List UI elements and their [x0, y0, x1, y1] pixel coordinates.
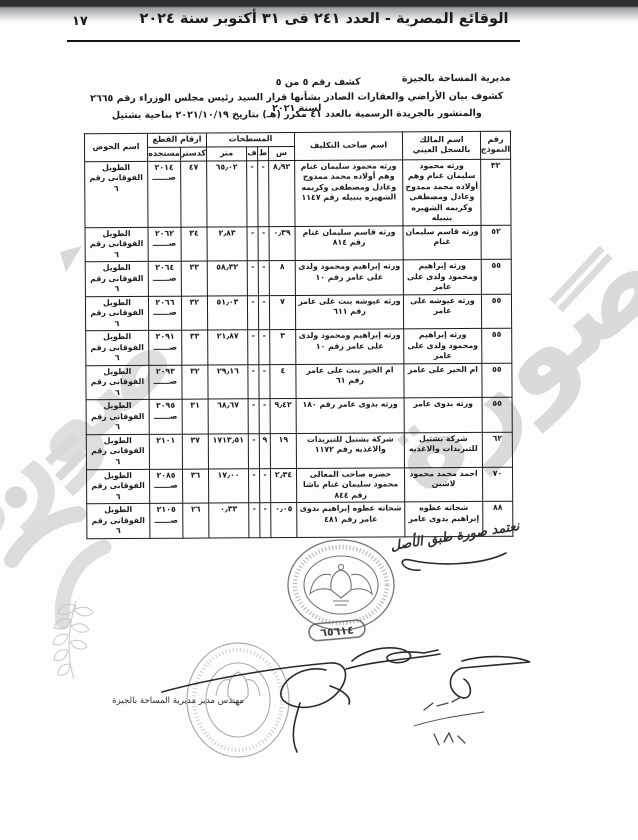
table-row: ٧٠احمد محمد محمود لاشينحضره صاحب المعالى… — [86, 467, 512, 504]
watermark-stroke — [58, 452, 84, 478]
table-row: ٣٢ورثه محمود سليمان غنام وهم أولاده محمد… — [85, 159, 511, 228]
watermark-stroke — [48, 436, 76, 462]
cell-new-no: ٢٠٩٣صــــــ — [149, 365, 182, 400]
col-header-form-no: رقم النموذج — [480, 131, 510, 159]
cell-owner: ورثه قاسم سليمان غنام — [403, 225, 481, 260]
cell-sahm: ١٩ — [270, 433, 296, 468]
watermark-diagonal — [552, 248, 610, 310]
cell-meter: ١٧٫٠٠ — [208, 468, 248, 503]
cell-new-no: ٢٠٦٢صــــــ — [148, 227, 181, 262]
cell-taxpayer: ام الخير بنت على عامر رقم ٦١ — [296, 364, 404, 399]
cell-meter: ٢١٫٨٧ — [208, 330, 248, 365]
cell-new-no: ٢٠٩١صــــــ — [149, 331, 182, 366]
col-header-feddan: ف — [247, 147, 258, 161]
handwritten-date-scrawl — [414, 697, 484, 745]
col-header-owner: اسم المالك بالسجل العيني — [402, 131, 480, 159]
cell-owner: احمد محمد محمود لاشين — [404, 467, 482, 502]
cell-sahm: ٠٫٣٩ — [269, 226, 295, 261]
cell-basin: الطويل الفوقانى رقم ٦ — [85, 262, 148, 297]
table-row: ٥٥ورثه إبراهيم ومحمود ولدى على عامرورثه … — [86, 329, 512, 366]
cell-basin: الطويل الفوقانى رقم ٦ — [87, 503, 150, 538]
cell-new-no: ٢٠٦٦صــــــ — [148, 296, 181, 331]
cell-feddan: - — [248, 399, 259, 434]
cell-taxpayer: ورثه عيوشه بنت على عامر رقم ٦١١ — [295, 295, 403, 330]
cell-cadastre: ٣٢ — [182, 365, 208, 400]
cell-qirat: - — [258, 295, 269, 330]
document-body: مديرية المساحة بالجيزة كشف رقم ٥ من ٥ كش… — [83, 73, 514, 539]
cell-meter: ٦٥٫٠٢ — [207, 160, 247, 226]
col-header-sahm: س — [269, 146, 295, 160]
cell-meter: ٥٨٫٣٢ — [207, 261, 247, 296]
cell-owner: ورثه بدوى عامر — [404, 398, 482, 433]
cell-meter: ٢٩٫١٦ — [208, 365, 248, 400]
cell-feddan: - — [247, 160, 258, 226]
cell-feddan: - — [248, 365, 259, 400]
signature-underline — [346, 654, 440, 669]
cell-owner: ورثه إبراهيم ومحمود ولدى على عامر — [403, 260, 481, 295]
cell-feddan: - — [247, 261, 258, 296]
table-row: ٦٢شركة بشتيل للتبريدات والاغذيهشركة بشتي… — [86, 432, 512, 469]
cell-sahm: ٩٫٤٢ — [270, 399, 296, 434]
laurel-branch-watermark — [53, 601, 93, 679]
doc-title-line2: والمنشور بالجريدة الرسمية بالعدد ٤١ مكرر… — [83, 108, 511, 122]
cell-qirat: - — [258, 226, 269, 261]
cell-new-no: ٢٠٩٥صــــــ — [149, 400, 182, 435]
cell-qirat: - — [259, 365, 270, 400]
cell-form: ٦٢ — [482, 432, 512, 467]
gazette-running-head: الوقائع المصرية - العدد ٢٤١ فى ٣١ أكتوبر… — [130, 11, 518, 27]
cell-feddan: - — [247, 226, 258, 261]
stamp-serial-number: ٦٥٦١٤ — [320, 623, 355, 639]
cell-taxpayer: شركة بشتيل للتبريدات والاغذيه رقم ١١٧٢ — [296, 433, 404, 468]
col-header-new-no: مستجده — [147, 147, 180, 161]
document-heading: مديرية المساحة بالجيزة كشف رقم ٥ من ٥ كش… — [83, 73, 511, 134]
cell-meter: ٦٨٫٦٧ — [208, 399, 248, 434]
cell-qirat: - — [259, 399, 270, 434]
cell-cadastre: ٤٧ — [181, 161, 207, 227]
watermark-dot — [5, 486, 27, 508]
cell-basin: الطويل الفوقانى رقم ٦ — [86, 400, 149, 435]
cell-owner: ام الخير على عامر — [404, 363, 482, 398]
cell-feddan: - — [248, 330, 259, 365]
col-header-meter: متر — [206, 147, 246, 161]
cell-sahm: ٠٫٠٥ — [271, 503, 297, 538]
cell-basin: الطويل الفوقانى رقم ٦ — [85, 296, 148, 331]
watermark-crescent — [62, 547, 104, 622]
signature — [352, 648, 438, 663]
cell-form: ٧٠ — [482, 467, 512, 502]
cell-qirat: - — [259, 330, 270, 365]
cell-basin: الطويل الفوقانى رقم ٦ — [86, 365, 149, 400]
cell-qirat: - — [258, 160, 269, 226]
cell-feddan: - — [248, 468, 259, 503]
cell-meter: ٥١٫٠٣ — [207, 296, 247, 331]
col-group-areas: المسطحات — [206, 133, 294, 147]
cell-owner: ورثه إبراهيم ومحمود ولدى على عامر — [404, 329, 482, 364]
cell-form: ٥٥ — [481, 259, 511, 294]
cell-form: ٥٢ — [481, 225, 511, 260]
cell-sahm: ٤ — [270, 364, 296, 399]
cell-new-no: ٢٠٨٥صــــــ — [149, 469, 182, 504]
eagle-emblem-icon — [310, 564, 372, 605]
serial-number-stamp: ٦٥٦١٤ — [308, 620, 365, 642]
table-row: ٥٥ام الخير على عامرام الخير بنت على عامر… — [86, 363, 512, 400]
watermark-shape — [60, 246, 82, 272]
cell-meter: ٠٫٣٣ — [209, 503, 249, 538]
land-register-table: رقم النموذج اسم المالك بالسجل العيني اسم… — [84, 131, 514, 539]
cell-taxpayer: ورثه قاسم سليمان غنام رقم ٨١٤ — [295, 226, 403, 261]
cell-owner: شركة بشتيل للتبريدات والاغذيه — [404, 432, 482, 467]
col-header-taxpayer: اسم صاحب التكليف — [294, 132, 402, 160]
cell-qirat: - — [259, 468, 270, 503]
col-group-plot-numbers: ارقام القطع — [147, 133, 206, 147]
gazette-title: الوقائع المصرية - العدد ٢٤١ فى ٣١ أكتوبر… — [139, 11, 508, 27]
cell-cadastre: ٣٣ — [182, 330, 208, 365]
cell-sahm: ٢٫٣٤ — [270, 468, 296, 503]
cell-qirat: ٩ — [259, 434, 270, 469]
cell-basin: الطويل الفوقانى رقم ٦ — [86, 469, 149, 504]
signature-flourish — [402, 553, 506, 570]
signatory-title: مهندس مدير مديرية المساحة بالجيزة — [104, 696, 252, 706]
cell-meter: ٢٫٨٣ — [207, 226, 247, 261]
cell-sahm: ٨٫٩٢ — [269, 160, 295, 226]
signature-tail — [293, 703, 300, 752]
cell-taxpayer: حضره صاحب المعالى محمود سليمان غنام باشا… — [296, 467, 404, 502]
cell-taxpayer: ورثه إبراهيم ومحمود ولدى على عامر رقم ١٠ — [295, 260, 403, 295]
sheet-number-label: كشف رقم ٥ من ٥ — [276, 77, 361, 89]
cell-feddan: - — [247, 296, 258, 331]
cell-new-no: ٢١٠١ — [149, 434, 182, 469]
gazette-page: صورة صورة الوقائع المصرية - العدد ٢٤١ فى… — [0, 0, 638, 840]
cell-cadastre: ٣٦ — [182, 469, 208, 504]
signature-mark — [330, 686, 350, 704]
cell-basin: الطويل الفوقانى رقم ٦ — [86, 331, 149, 366]
cell-form: ٥٥ — [481, 294, 511, 329]
table-row: ٥٥ورثه بدوى عامرورثه بدوى عامر رقم ١٨٠٩٫… — [86, 398, 512, 435]
cell-sahm: ٣ — [270, 330, 296, 365]
cell-cadastre: ٣١ — [182, 399, 208, 434]
cell-taxpayer: شحاته عطوه إبراهيم بدوى عامر رقم ٤٨١ — [297, 502, 405, 537]
cell-taxpayer: ورثه إبراهيم ومحمود ولدى على عامر رقم ١٠ — [296, 329, 404, 364]
watermark-arc — [12, 514, 78, 560]
cell-owner: ورثه محمود سليمان غنام وهم أولاده محمد م… — [403, 159, 481, 226]
table-row: ٥٥ورثه إبراهيم ومحمود ولدى على عامرورثه … — [85, 259, 511, 296]
cell-basin: الطويل الفوقانى رقم ٦ — [85, 227, 148, 262]
cell-feddan: - — [248, 434, 259, 469]
cell-form: ٥٥ — [482, 329, 512, 364]
page-number: ١٧ — [72, 14, 88, 29]
cell-form: ٣٢ — [481, 159, 511, 225]
cell-qirat: - — [260, 503, 271, 538]
signatures-group — [162, 553, 530, 752]
table-row: ٥٢ورثه قاسم سليمان غنامورثه قاسم سليمان … — [85, 225, 511, 262]
cell-new-no: ٢٠٦٤صــــــ — [148, 261, 181, 296]
cell-sahm: ٨ — [269, 261, 295, 296]
directorate-label: مديرية المساحة بالجيزة — [402, 73, 511, 85]
cell-basin: الطويل الفوقانى رقم ٦ — [85, 161, 148, 227]
cell-meter: ١٧١٣٫٥١ — [208, 434, 248, 469]
cell-qirat: - — [258, 261, 269, 296]
cell-sahm: ٧ — [269, 295, 295, 330]
cell-cadastre: ٣٣ — [181, 261, 207, 296]
cell-form: ٥٥ — [482, 363, 512, 398]
cell-feddan: - — [249, 503, 260, 538]
cell-basin: الطويل الفوقانى رقم ٦ — [86, 434, 149, 469]
cell-taxpayer: ورثه بدوى عامر رقم ١٨٠ — [296, 398, 404, 433]
cell-new-no: ٢٠١٤صــــــ — [148, 161, 181, 227]
cell-new-no: ٢١٠٥صــــــ — [150, 503, 183, 538]
header-rule — [67, 40, 520, 42]
cell-cadastre: ٣٢ — [181, 296, 207, 331]
col-header-qirat: ط — [258, 146, 269, 160]
cell-cadastre: ٣٧ — [182, 434, 208, 469]
cell-cadastre: ٣٤ — [181, 227, 207, 262]
cell-form: ٥٥ — [482, 398, 512, 433]
signature — [450, 657, 530, 698]
cell-cadastre: ٢٦ — [183, 503, 209, 538]
cell-taxpayer: ورثه محمود سليمان غنام وهم أولاده محمد م… — [295, 159, 403, 226]
cell-owner: ورثه عيوشه على عامر — [403, 294, 481, 329]
table-body: ٣٢ورثه محمود سليمان غنام وهم أولاده محمد… — [85, 159, 513, 539]
col-header-cadastre: كدستر — [180, 147, 206, 161]
table-row: ٥٥ورثه عيوشه على عامرورثه عيوشه بنت على … — [85, 294, 511, 331]
col-header-basin: اسم الحوض — [84, 133, 147, 161]
